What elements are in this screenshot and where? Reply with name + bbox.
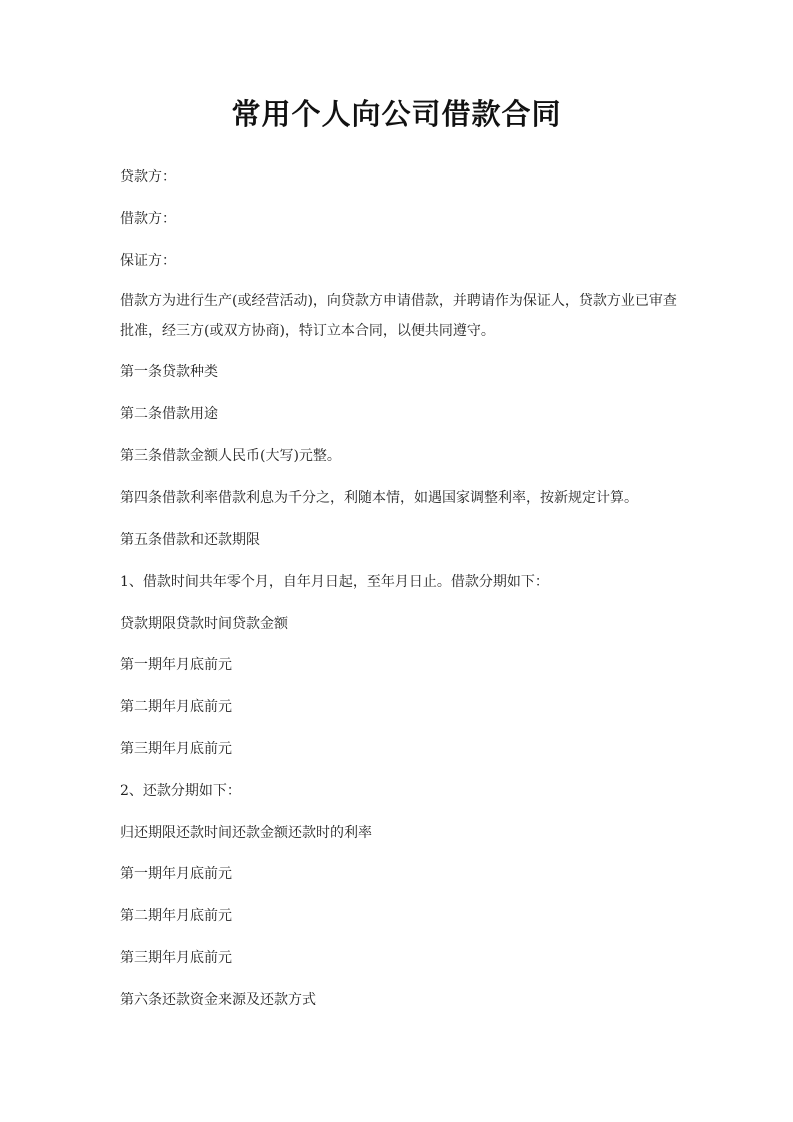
article-4: 第四条借款利率借款利息为千分之，利随本情，如遇国家调整利率，按新规定计算。 — [120, 488, 680, 508]
article-6: 第六条还款资金来源及还款方式 — [120, 990, 680, 1010]
intro-paragraph: 借款方为进行生产(或经营活动)，向贷款方申请借款，并聘请作为保证人，贷款方业已审… — [120, 286, 680, 346]
lender-field: 贷款方： — [120, 167, 680, 187]
loan-schedule-header: 贷款期限贷款时间贷款金额 — [120, 614, 680, 634]
loan-schedule-intro: 1、借款时间共年零个月，自年月日起，至年月日止。借款分期如下： — [120, 572, 680, 592]
article-1: 第一条贷款种类 — [120, 362, 680, 382]
repay-schedule-row: 第一期年月底前元 — [120, 864, 680, 884]
loan-schedule-row: 第一期年月底前元 — [120, 655, 680, 675]
article-5: 第五条借款和还款期限 — [120, 530, 680, 550]
repay-schedule-intro: 2、还款分期如下： — [120, 781, 680, 801]
loan-schedule-row: 第三期年月底前元 — [120, 739, 680, 759]
borrower-field: 借款方： — [120, 209, 680, 229]
repay-schedule-row: 第三期年月底前元 — [120, 948, 680, 968]
loan-schedule-row: 第二期年月底前元 — [120, 697, 680, 717]
article-2: 第二条借款用途 — [120, 404, 680, 424]
document-title: 常用个人向公司借款合同 — [0, 92, 793, 133]
guarantor-field: 保证方： — [120, 251, 680, 271]
document-page: 常用个人向公司借款合同 贷款方： 借款方： 保证方： 借款方为进行生产(或经营活… — [0, 0, 793, 1122]
repay-schedule-row: 第二期年月底前元 — [120, 906, 680, 926]
article-3: 第三条借款金额人民币(大写)元整。 — [120, 446, 680, 466]
repay-schedule-header: 归还期限还款时间还款金额还款时的利率 — [120, 823, 680, 843]
